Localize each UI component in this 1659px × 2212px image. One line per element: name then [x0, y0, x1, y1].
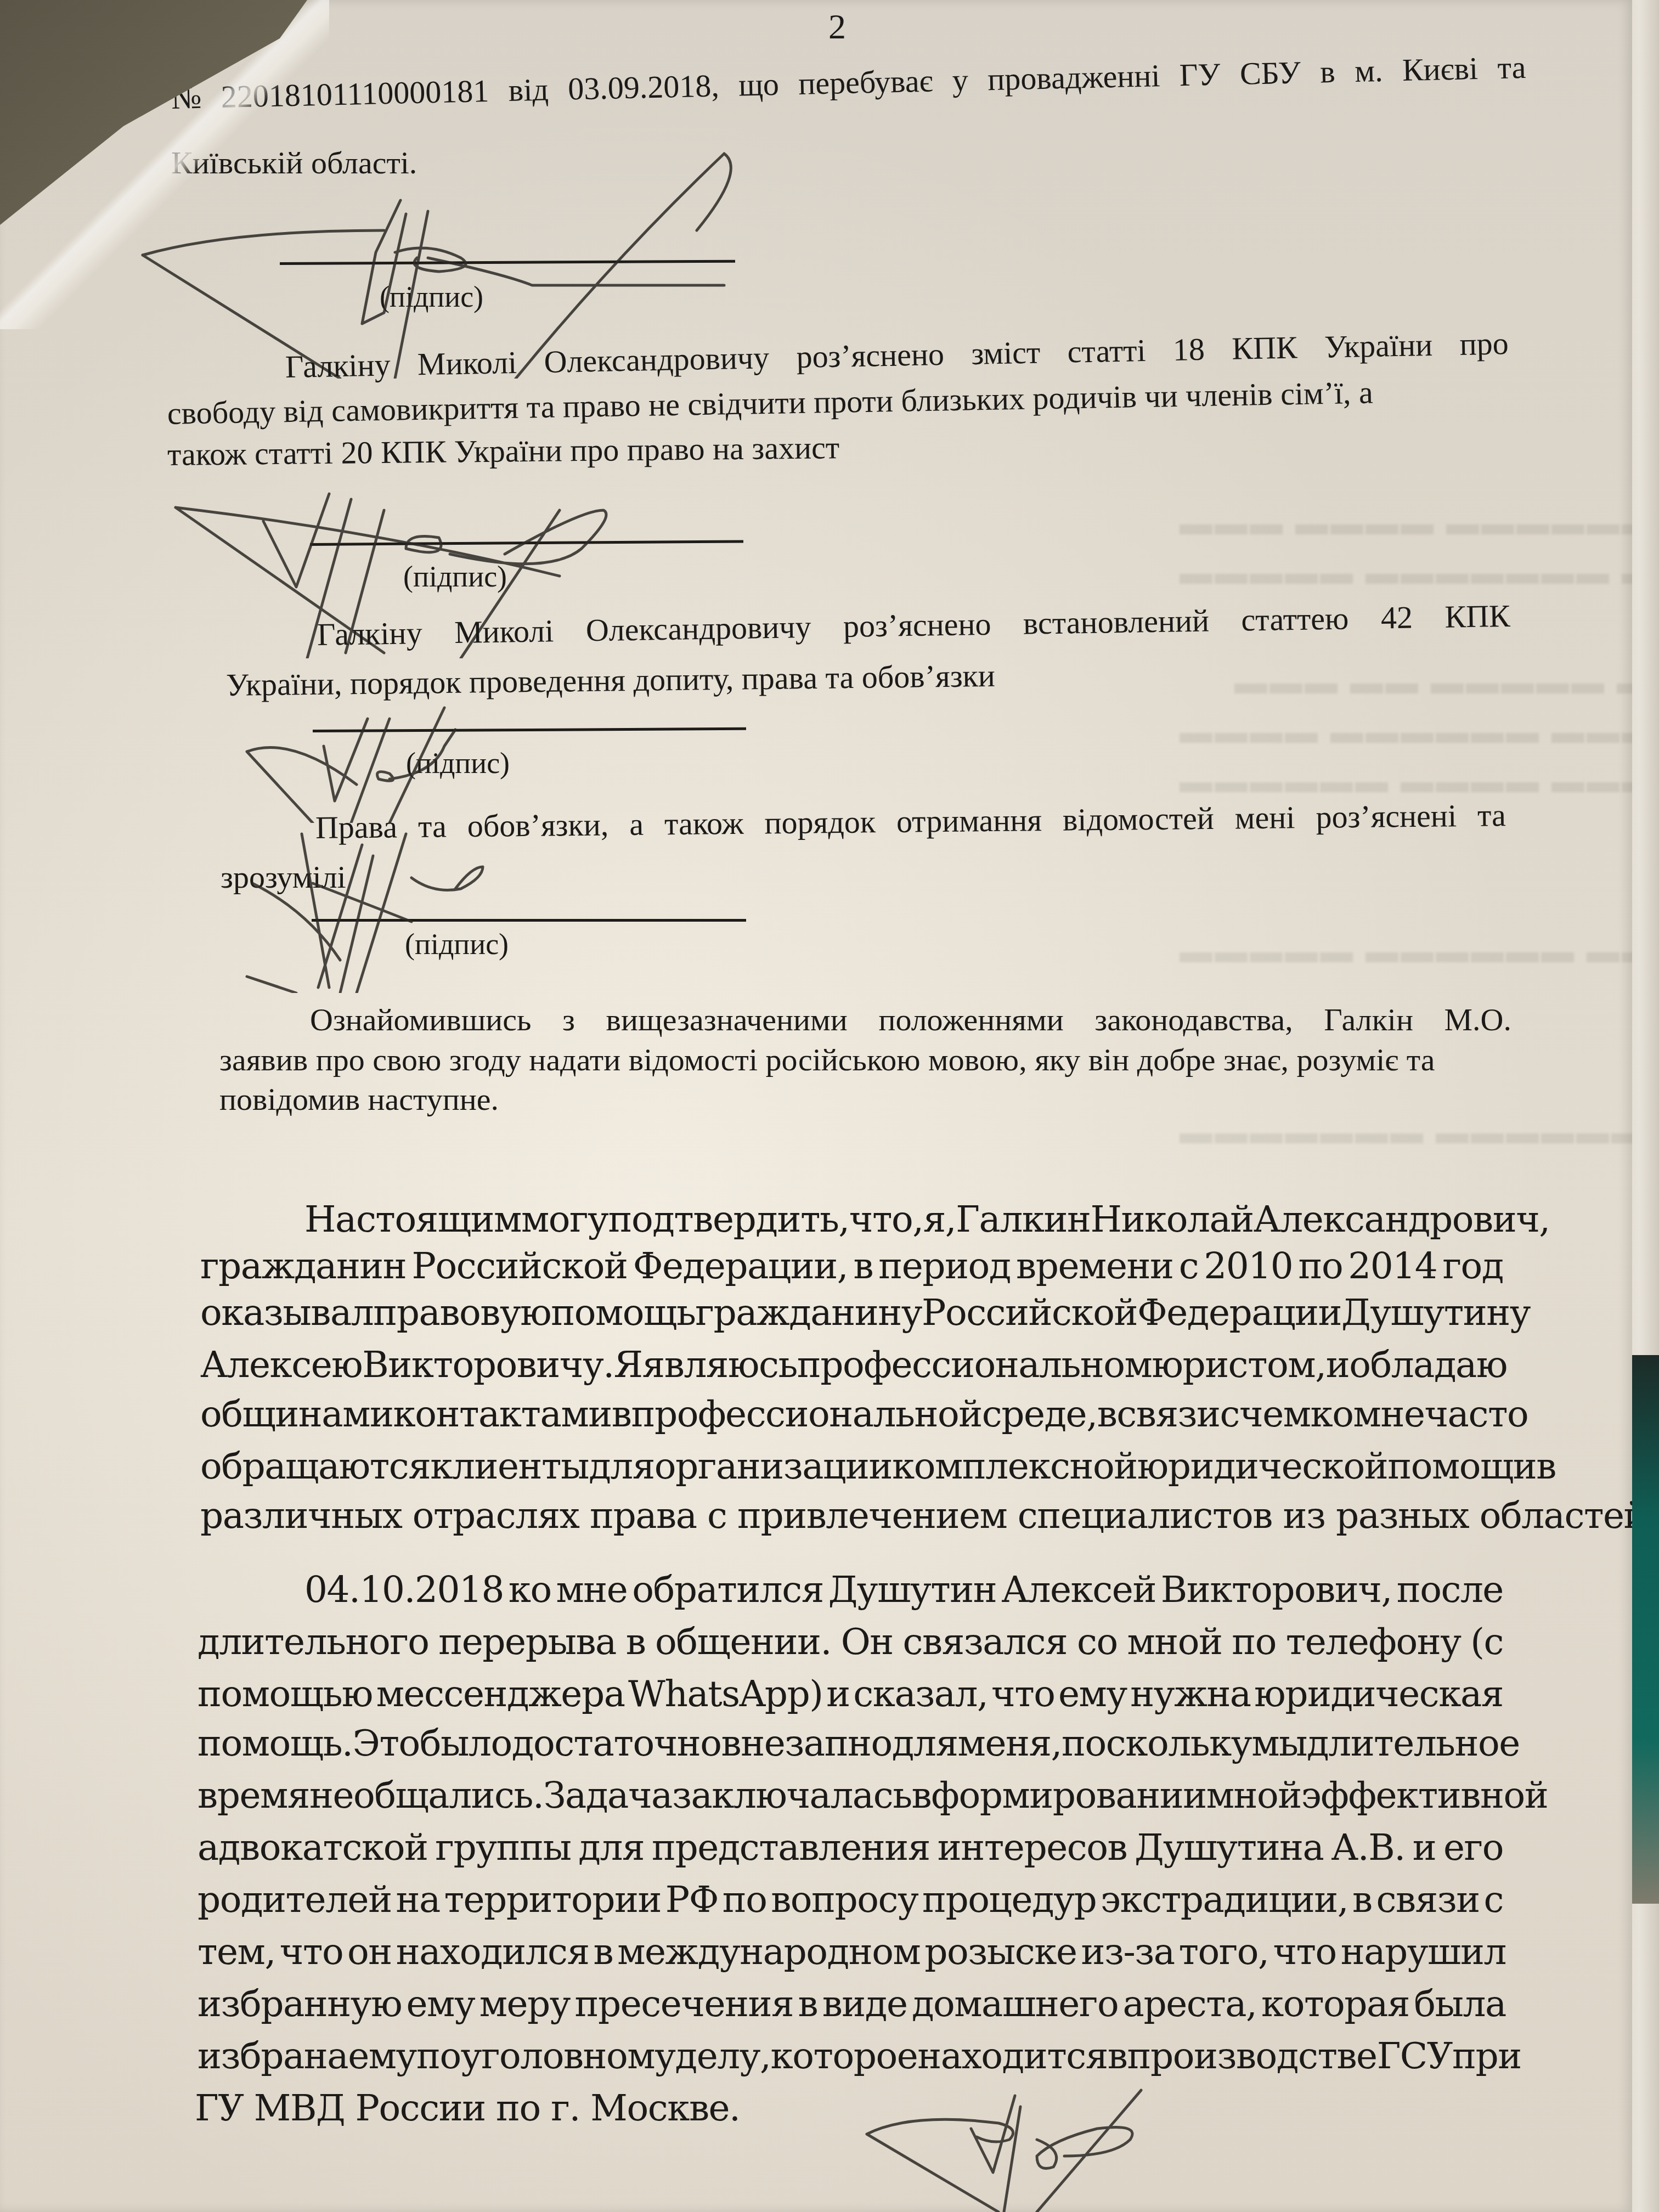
section-4-line-2: заявив про свою згоду надати відомості р… — [219, 1044, 1435, 1076]
statement-p1-line-7: различных отраслях права с привлечением … — [200, 1498, 1657, 1534]
signature-line — [312, 919, 746, 922]
statement-p2-line-7: родителейнатерриторииРФповопросупроцедур… — [198, 1882, 1503, 1918]
statement-p2-line-3: помощьюмессенджераWhatsApp)исказал,чтоем… — [198, 1676, 1503, 1712]
section-1-line-3: також статті 20 КПК України про право на… — [167, 432, 840, 471]
statement-p2-line-2: длительногоперерывавобщении.Онсвязалсясо… — [198, 1624, 1503, 1660]
signature-line — [280, 260, 735, 265]
signature-caption: (підпис) — [406, 746, 510, 780]
signature-line — [310, 540, 743, 546]
show-through-texture: ▬▬▬ ▬▬▬▬ ▬▬▬▬▬▬▬ ▬▬▬ — [1180, 505, 1659, 543]
section-4-line-3: повідомив наступне. — [219, 1084, 499, 1115]
signature-caption: (підпис) — [403, 560, 507, 594]
signature-caption: (підпис) — [405, 927, 509, 961]
show-through-texture: ▬▬▬ ▬▬ ▬▬▬▬▬ ▬▬ — [1234, 664, 1659, 702]
section-2-line-2: України, порядок проведення допиту, прав… — [226, 660, 995, 701]
section-2-line-1: ГалкінуМиколіОлександровичуроз’ясненовст… — [317, 600, 1511, 651]
signature-caption: (підпис) — [380, 280, 483, 314]
show-through-texture: ▬▬▬▬▬▬ ▬▬▬▬ ▬▬▬▬▬ ▬▬ — [1180, 763, 1659, 800]
header-line-1: №22018101110000181від03.09.2018,щоперебу… — [171, 52, 1526, 114]
statement-p1-line-3: оказывалправовуюпомощьгражданинуРоссийск… — [200, 1295, 1503, 1331]
statement-p1-line-1: Настоящиммогуподтвердить,что,я,ГалкинНик… — [304, 1201, 1500, 1238]
show-through-texture: ▬▬▬▬▬▬▬ ▬▬▬▬▬▬▬▬ — [1180, 1114, 1659, 1152]
statement-p1-line-5: общинамиконтактамивпрофессиональнойсреде… — [200, 1396, 1503, 1432]
page-number: 2 — [828, 7, 846, 47]
show-through-texture: ▬▬▬▬ ▬▬▬▬▬▬ ▬▬▬▬▬▬ — [1180, 713, 1659, 751]
statement-p2-line-1: 04.10.2018комнеобратилсяДушутинАлексейВи… — [304, 1572, 1503, 1608]
show-through-texture: ▬▬▬▬▬ ▬▬▬▬▬▬ ▬▬▬▬▬▬ — [1180, 933, 1659, 970]
signature-line — [313, 727, 746, 732]
header-line-2: Київській області. — [171, 147, 417, 179]
statement-p2-line-11: ГУ МВД России по г. Москве. — [195, 2090, 740, 2126]
section-3-line-2: зрозумілі — [221, 861, 346, 893]
signature-5-page-bottom — [856, 2085, 1404, 2212]
statement-p2-line-4: помощь.Этобылодостаточновнезапнодляменя,… — [198, 1725, 1503, 1762]
statement-p2-line-10: избранаемупоуголовномуделу,котороенаходи… — [198, 2038, 1506, 2074]
statement-p2-line-8: тем,чтооннаходилсявмеждународномрозыскеи… — [198, 1934, 1506, 1970]
statement-p2-line-6: адвокатскойгруппыдляпредставленияинтерес… — [198, 1830, 1503, 1866]
section-1-line-2: свободу від самовикриття та право не сві… — [167, 377, 1373, 430]
statement-p1-line-2: гражданинРоссийскойФедерации,впериодврем… — [200, 1248, 1503, 1284]
document-page: ▬▬▬ ▬▬▬▬ ▬▬▬▬▬▬▬ ▬▬▬ ▬▬▬▬▬ ▬▬▬▬▬▬▬ ▬▬▬▬ … — [0, 0, 1632, 2212]
statement-p2-line-5: времянеобщались.Задачазаключаласьвформир… — [198, 1778, 1503, 1814]
statement-p2-line-9: избраннуюемумерупресеченияввидедомашнего… — [198, 1986, 1506, 2022]
section-4-line-1: Ознайомившисьзвищезазначенимиположеннями… — [310, 1004, 1511, 1036]
section-1-line-1: ГалкінуМиколіОлександровичуроз’ясненозмі… — [285, 328, 1509, 383]
statement-p1-line-4: АлексеюВикторовичу.Яявляюсьпрофессиональ… — [200, 1347, 1503, 1383]
show-through-texture: ▬▬▬▬▬ ▬▬▬▬▬▬▬ ▬▬▬▬ — [1180, 554, 1659, 592]
statement-p1-line-6: обращаютсяклиентыдляорганизациикомплексн… — [200, 1448, 1503, 1485]
section-3-line-1: Праватаобов’язки,атакожпорядокотриманняв… — [315, 799, 1506, 844]
